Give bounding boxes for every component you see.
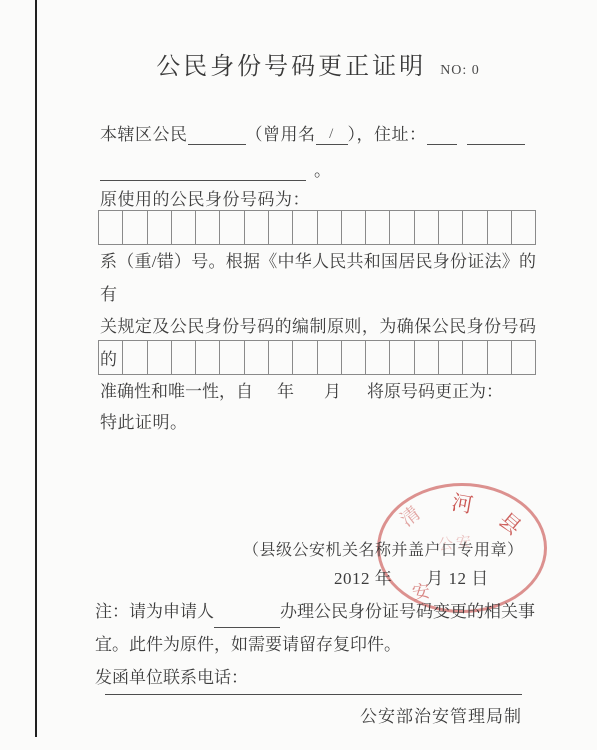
body-line-3-prefix: 准确性和唯一性，自 (100, 382, 253, 401)
notes-block: 注：请为申请人办理公民身份证号码变更的相关事 宜。此件为原件，如需要请留存复印件… (95, 595, 543, 694)
body-paragraph: 系（重/错）号。根据《中华人民共和国居民身份证法》的有 关规定及公民身份号码的编… (100, 246, 536, 409)
stamp-char-left: 清 (394, 499, 426, 532)
stamp-char-top: 河 (450, 486, 476, 519)
former-name-blank: / (316, 126, 348, 145)
old-id-digit-grid (98, 210, 536, 245)
new-id-digit-grid (98, 340, 536, 375)
id-digit-cell (122, 211, 146, 244)
note-line-3: 发函单位联系电话： (95, 661, 543, 694)
id-digit-cell (219, 211, 243, 244)
note-line-1-prefix: 注：请为申请人 (95, 602, 214, 621)
id-digit-cell (317, 211, 341, 244)
id-digit-cell (268, 211, 292, 244)
id-digit-cell (341, 341, 365, 374)
intro-line-1: 本辖区公民（曾用名/），住址： (100, 120, 525, 145)
applicant-name-blank (214, 609, 280, 628)
id-digit-cell (365, 341, 389, 374)
id-digit-cell (414, 341, 438, 374)
date-line: 2012 年月 12 日 (334, 564, 489, 589)
stamp-char-right: 县 (493, 505, 528, 541)
id-digit-cell (511, 211, 535, 244)
document-number: NO: 0 (440, 63, 480, 78)
id-digit-cell (389, 211, 413, 244)
footer-divider-rule (105, 694, 522, 695)
id-digit-cell (244, 341, 268, 374)
id-digit-cell (219, 341, 243, 374)
date-month-day: 月 12 日 (426, 569, 489, 588)
id-digit-cell (487, 211, 511, 244)
id-digit-cell (365, 211, 389, 244)
note-line-2: 宜。此件为原件，如需要请留存复印件。 (95, 628, 543, 661)
id-digit-cell (147, 211, 171, 244)
id-digit-cell (341, 211, 365, 244)
date-year: 2012 年 (334, 569, 392, 588)
id-digit-cell (195, 211, 219, 244)
id-digit-cell (487, 341, 511, 374)
id-digit-cell (147, 341, 171, 374)
intro-line-2: 。 (100, 156, 332, 181)
title-row: 公民身份号码更正证明NO: 0 (100, 46, 536, 81)
left-border-rule (35, 0, 37, 737)
id-digit-cell (171, 341, 195, 374)
month-label: 月 (324, 382, 341, 401)
id-digit-cell (268, 341, 292, 374)
body-line-3: 准确性和唯一性，自年月将原号码更正为： (100, 376, 536, 409)
footer-issuer: 公安部治安管理局制 (360, 702, 522, 727)
address-continuation-blank (100, 162, 306, 181)
id-digit-cell (438, 211, 462, 244)
id-digit-cell (414, 211, 438, 244)
body-line-1: 系（重/错）号。根据《中华人民共和国居民身份证法》的有 (100, 246, 536, 311)
id-digit-cell (122, 341, 146, 374)
citizen-label: 本辖区公民 (100, 125, 188, 144)
old-id-label: 原使用的公民身份号码为： (100, 185, 310, 210)
body-line-3-suffix: 将原号码更正为： (367, 382, 503, 401)
seal-instruction: （县级公安机关名称并盖户口专用章） (243, 537, 524, 560)
id-digit-cell (292, 341, 316, 374)
address-blank-2 (467, 126, 525, 145)
note-line-1-suffix: 办理公民身份证号码变更的相关事 (280, 602, 535, 621)
former-name-close-address-label: ），住址： (348, 125, 427, 144)
page-title: 公民身份号码更正证明 (156, 54, 426, 80)
note-line-1: 注：请为申请人办理公民身份证号码变更的相关事 (95, 595, 543, 628)
id-digit-cell (317, 341, 341, 374)
closing-statement: 特此证明。 (100, 408, 188, 433)
year-label: 年 (277, 382, 294, 401)
id-digit-cell (171, 211, 195, 244)
former-name-open: （曾用名 (246, 125, 316, 144)
id-digit-cell (292, 211, 316, 244)
sentence-end: 。 (314, 161, 332, 180)
id-digit-cell (462, 211, 486, 244)
id-digit-cell (389, 341, 413, 374)
id-digit-cell (195, 341, 219, 374)
id-digit-cell (511, 341, 535, 374)
id-digit-cell (462, 341, 486, 374)
id-digit-cell (244, 211, 268, 244)
certificate-document: 公民身份号码更正证明NO: 0 本辖区公民（曾用名/），住址： 。 原使用的公民… (0, 0, 597, 750)
id-digit-cell (438, 341, 462, 374)
address-blank-1 (427, 126, 457, 145)
id-digit-cell (99, 211, 122, 244)
citizen-name-blank (188, 126, 246, 145)
id-digit-cell (99, 341, 122, 374)
